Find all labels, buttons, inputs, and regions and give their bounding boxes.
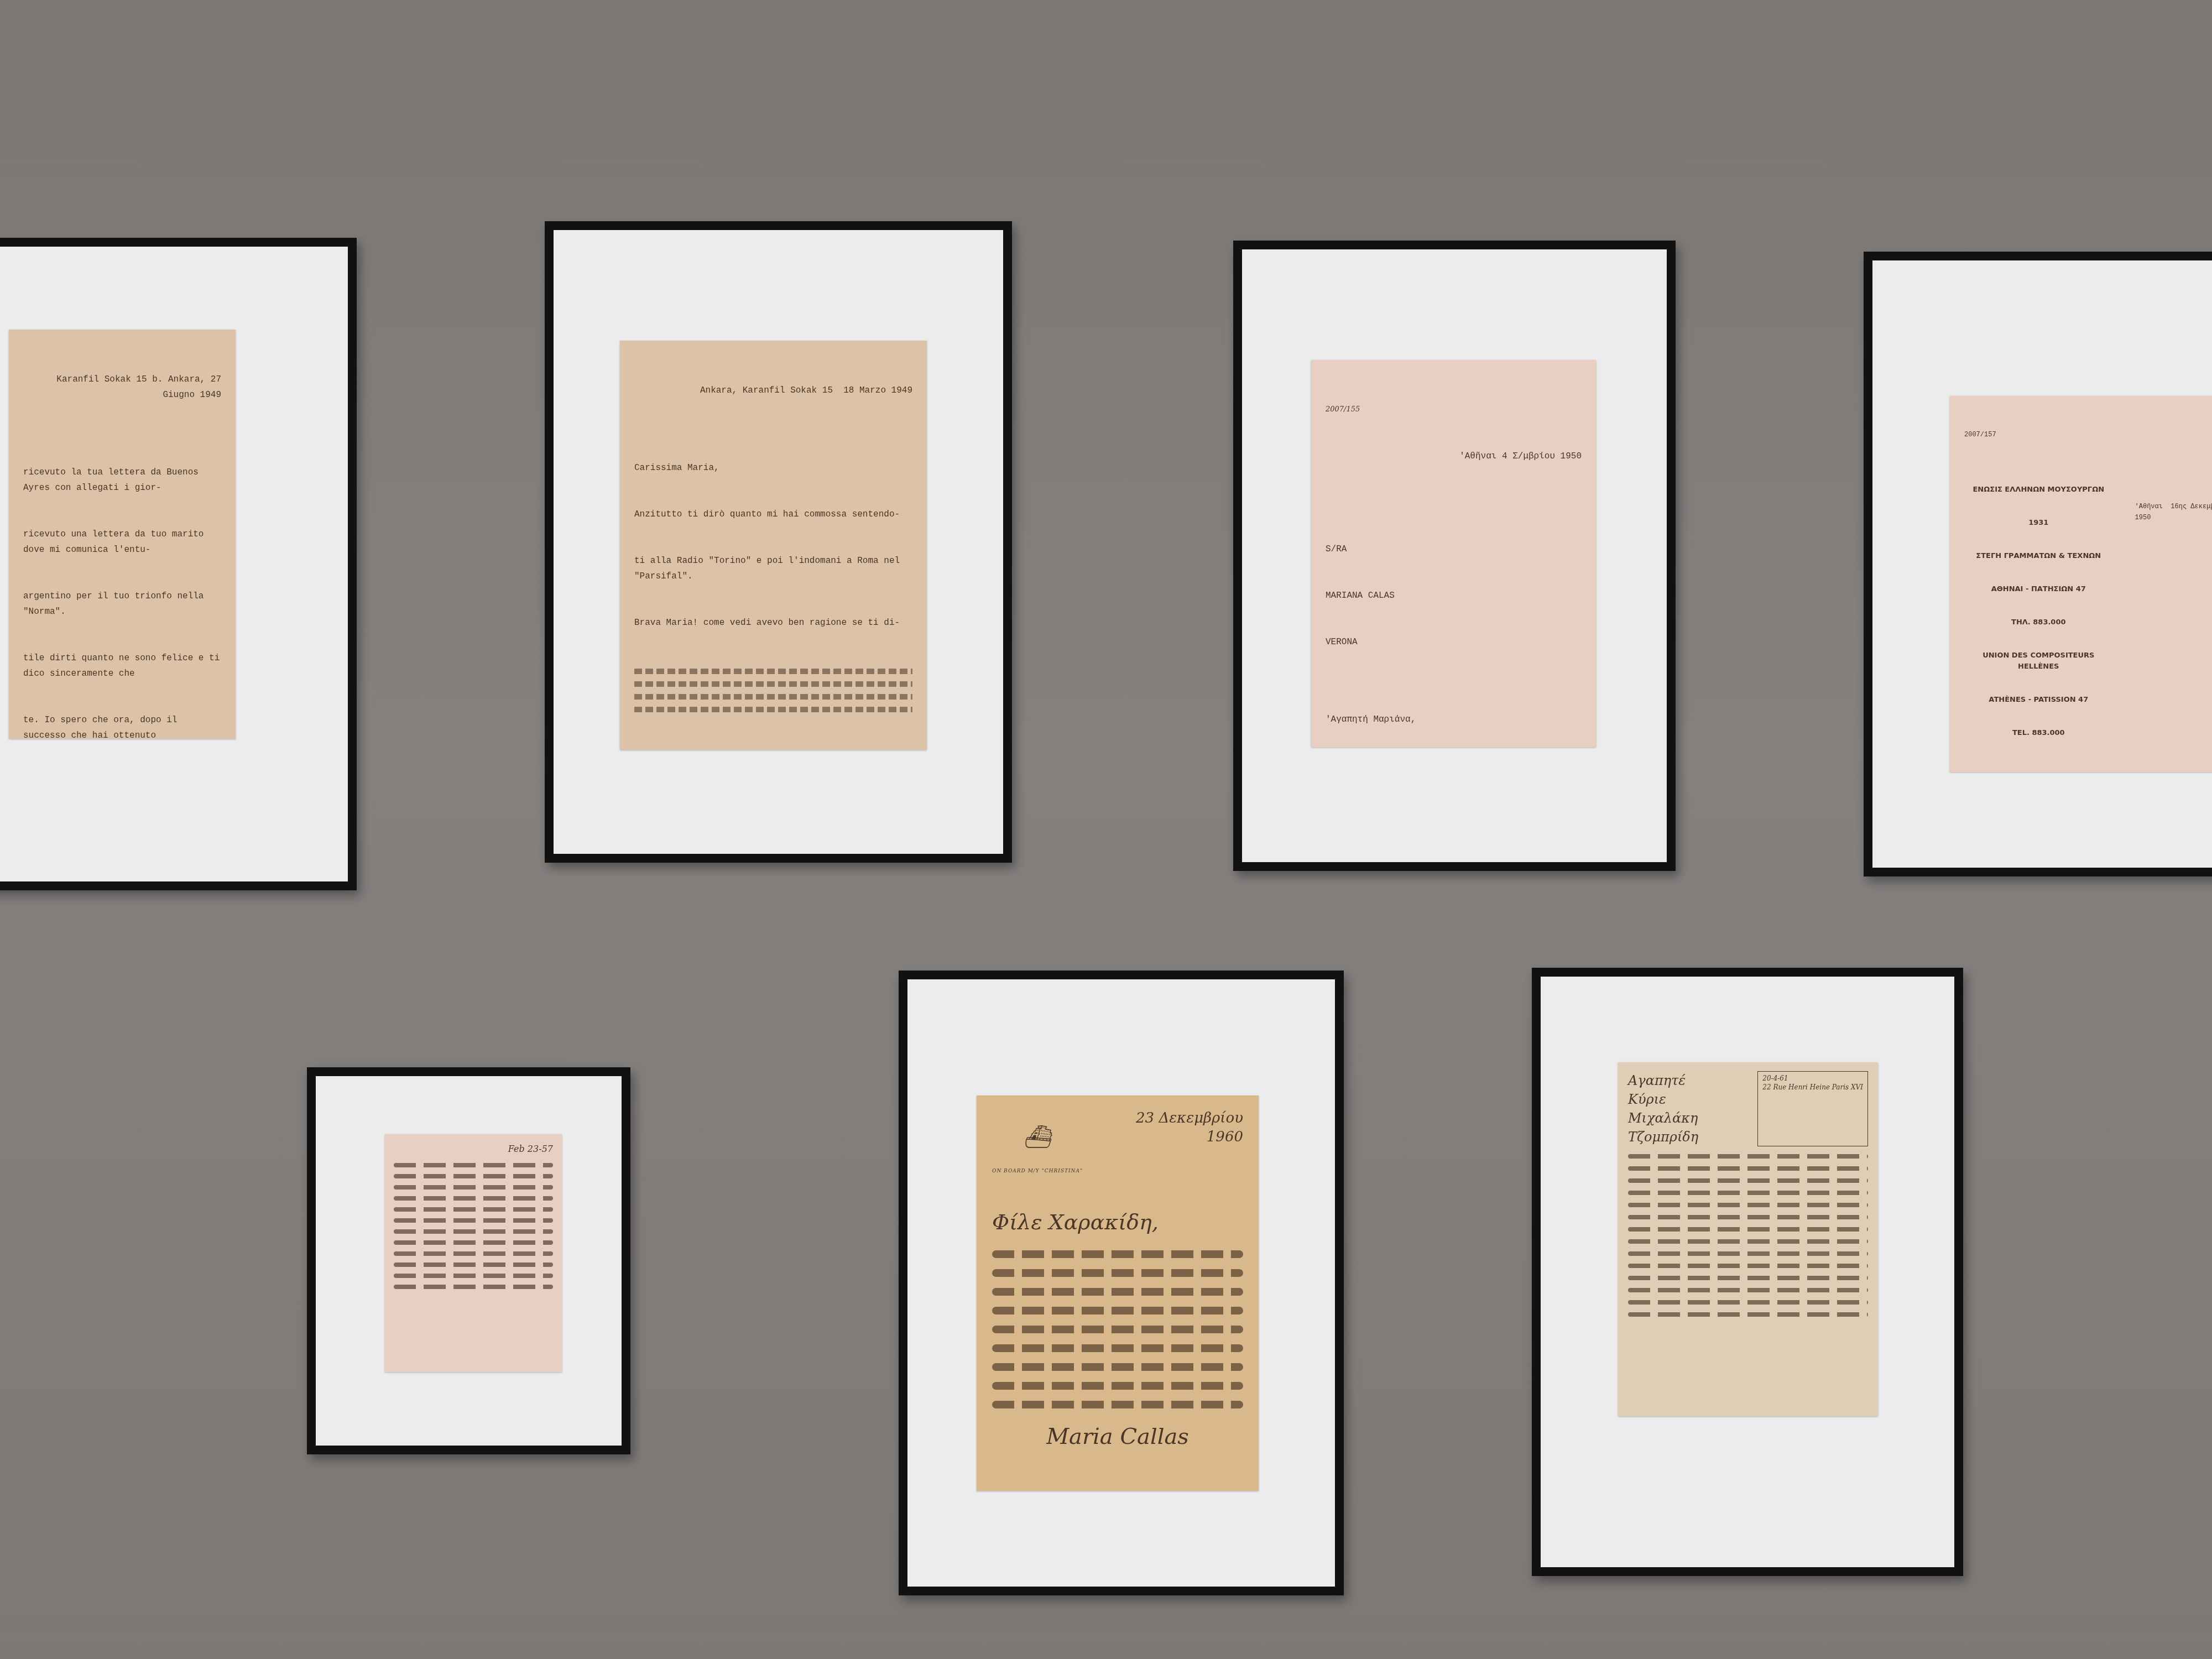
letter-date: Karanfil Sokak 15 b. Ankara, 27 Giugno 1… <box>23 372 221 403</box>
letter-frame-4: 2007/157 ΕΝΩΣΙΣ ΕΛΛΗΝΩΝ ΜΟΥΣΟΥΡΓΩΝ 1931 … <box>1864 252 2212 877</box>
mat: 2007/157 ΕΝΩΣΙΣ ΕΛΛΗΝΩΝ ΜΟΥΣΟΥΡΓΩΝ 1931 … <box>1872 260 2212 868</box>
address-note: 20-4-61 22 Rue Henri Heine Paris XVI <box>1757 1071 1868 1146</box>
letter-line: ricevuto una lettera da tuo marito dove … <box>23 526 221 557</box>
mat: 2007/155 'Αθῆναι 4 Σ/μβρίου 1950 S/RA MA… <box>1242 249 1667 862</box>
address-line: VERONA <box>1326 634 1582 650</box>
mat: Karanfil Sokak 15 b. Ankara, 27 Giugno 1… <box>0 247 348 881</box>
handwritten-letter-greek: Αγαπητέ Κύριε Μιχαλάκη Τζομπρίδη 20-4-61… <box>1618 1062 1878 1416</box>
salutation: Φίλε Χαρακίδη, <box>992 1205 1243 1239</box>
letter-date: 20-4-61 <box>1762 1074 1863 1083</box>
letter-frame-1: Karanfil Sokak 15 b. Ankara, 27 Giugno 1… <box>0 238 357 890</box>
signature: Maria Callas <box>992 1420 1243 1454</box>
letter-line: Anzitutto ti dirò quanto mi hai commossa… <box>634 507 912 522</box>
letter-line: Brava Maria! come vedi avevo ben ragione… <box>634 615 912 630</box>
ship-letterhead: ⛴ ON BOARD M/Y "CHRISTINA" <box>992 1120 1083 1188</box>
letter-line: ricevuto la tua lettera da Buenos Ayres … <box>23 465 221 495</box>
letter-line: argentino per il tuo trionfo nella "Norm… <box>23 588 221 619</box>
letter-date: 'Αθῆναι 4 Σ/μβρίου 1950 <box>1326 448 1582 464</box>
salutation: Carissima Maria, <box>634 460 912 476</box>
typed-letter-italian: Karanfil Sokak 15 b. Ankara, 27 Giugno 1… <box>9 330 236 739</box>
mat: Αγαπητέ Κύριε Μιχαλάκη Τζομπρίδη 20-4-61… <box>1541 977 1954 1567</box>
mat: Feb 23-57 <box>316 1076 622 1446</box>
typed-letter-greek: 2007/157 ΕΝΩΣΙΣ ΕΛΛΗΝΩΝ ΜΟΥΣΟΥΡΓΩΝ 1931 … <box>1950 396 2212 772</box>
letter-date: Feb 23-57 <box>394 1142 553 1156</box>
address-line: S/RA <box>1326 541 1582 557</box>
letter-date: 23 Δεκεμβρίου 1960 <box>1121 1109 1243 1146</box>
handwritten-letter-greek: Feb 23-57 <box>385 1134 562 1372</box>
letter-frame-2: Ankara, Karanfil Sokak 15 18 Marzo 1949 … <box>545 221 1012 863</box>
letter-line: tile dirti quanto ne sono felice e ti di… <box>23 650 221 681</box>
ship-icon: ⛴ <box>992 1120 1083 1154</box>
letter-line: te. Io spero che ora, dopo il successo c… <box>23 712 221 739</box>
address-line: 22 Rue Henri Heine Paris XVI <box>1762 1083 1863 1092</box>
archive-number: 2007/155 <box>1326 402 1582 418</box>
letter-date: 'Αθῆναι 16ης Δεκεμβρίου 1950 <box>2135 501 2212 761</box>
letter-line: ti alla Radio "Torino" e poi l'indomani … <box>634 553 912 584</box>
letter-frame-5: Feb 23-57 <box>307 1067 630 1454</box>
address-line: MARIANA CALAS <box>1326 588 1582 603</box>
mat: Ankara, Karanfil Sokak 15 18 Marzo 1949 … <box>554 230 1003 854</box>
salutation: 'Αγαπητή Μαριάνα, <box>1326 712 1582 727</box>
salutation: Αγαπητέ Κύριε Μιχαλάκη Τζομπρίδη <box>1628 1071 1711 1146</box>
typed-letter-italian: Ankara, Karanfil Sokak 15 18 Marzo 1949 … <box>620 341 927 750</box>
typed-letter-greek: 2007/155 'Αθῆναι 4 Σ/μβρίου 1950 S/RA MA… <box>1311 360 1596 747</box>
letter-frame-6: ⛴ ON BOARD M/Y "CHRISTINA" 23 Δεκεμβρίου… <box>899 971 1344 1595</box>
handwritten-letter-callas: ⛴ ON BOARD M/Y "CHRISTINA" 23 Δεκεμβρίου… <box>977 1095 1259 1491</box>
archive-number: 2007/157 <box>1964 429 2212 440</box>
mat: ⛴ ON BOARD M/Y "CHRISTINA" 23 Δεκεμβρίου… <box>907 979 1335 1587</box>
letter-frame-7: Αγαπητέ Κύριε Μιχαλάκη Τζομπρίδη 20-4-61… <box>1532 968 1963 1576</box>
letter-frame-3: 2007/155 'Αθῆναι 4 Σ/μβρίου 1950 S/RA MA… <box>1233 241 1676 871</box>
letter-date: Ankara, Karanfil Sokak 15 18 Marzo 1949 <box>634 383 912 398</box>
letterhead: ΕΝΩΣΙΣ ΕΛΛΗΝΩΝ ΜΟΥΣΟΥΡΓΩΝ 1931 ΣΤΕΓΗ ΓΡΑ… <box>1964 462 2113 761</box>
